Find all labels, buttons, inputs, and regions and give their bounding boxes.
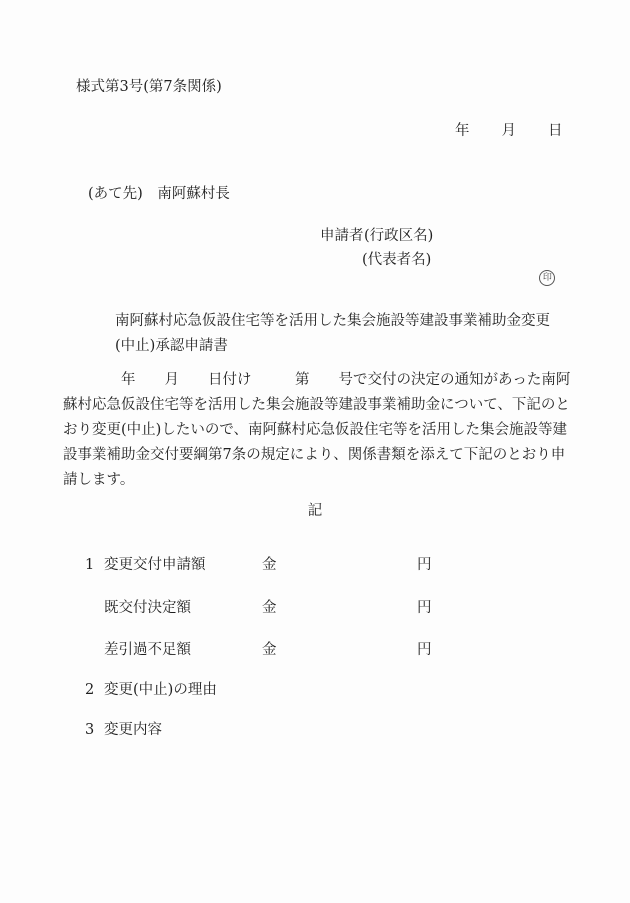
numbered-item-change-content: 3 変更内容 (0, 721, 630, 741)
body-paragraph-line: おり変更(中止)したいので、南阿蘇村応急仮設住宅等を活用した集会施設等建 (63, 421, 567, 440)
currency-prefix: 金 (262, 641, 277, 660)
seal-mark-icon: 印 (521, 248, 555, 305)
currency-suffix: 円 (417, 641, 432, 660)
date-blank-line: 年 月 日 (455, 122, 564, 141)
document-title-line-2: (中止)承認申請書 (115, 337, 228, 356)
money-row-already-granted-amount: 既交付決定額 金 円 (0, 599, 630, 619)
applicant-label: 申請者 (320, 227, 364, 246)
document-title-line-1: 南阿蘇村応急仮設住宅等を活用した集会施設等建設事業補助金変更 (115, 312, 550, 331)
body-paragraph-line: 請します。 (63, 471, 134, 490)
applicant-representative-field: (代表者名) (362, 251, 431, 270)
seal-character: 印 (539, 270, 555, 286)
body-paragraph-line: 年 月 日付け 第 号で交付の決定の通知があった南阿 (63, 371, 570, 390)
currency-prefix: 金 (262, 556, 277, 575)
section-marker-ki: 記 (0, 502, 630, 521)
currency-suffix: 円 (417, 599, 432, 618)
numbered-item-change-reason: 2 変更(中止)の理由 (0, 681, 630, 701)
item-label: 変更(中止)の理由 (104, 681, 217, 700)
body-paragraph-line: 蘇村応急仮設住宅等を活用した集会施設等建設事業補助金について、下記のと (63, 396, 570, 415)
document-page: 様式第3号(第7条関係) 年 月 日 (あて先) 南阿蘇村長 申請者 (行政区名… (0, 0, 630, 903)
currency-prefix: 金 (262, 599, 277, 618)
item-label: 既交付決定額 (104, 599, 191, 618)
currency-suffix: 円 (417, 556, 432, 575)
item-number: 1 (85, 556, 94, 575)
money-row-change-application-amount: 1 変更交付申請額 金 円 (0, 556, 630, 576)
money-row-balance-amount: 差引過不足額 金 円 (0, 641, 630, 661)
item-label: 変更交付申請額 (104, 556, 206, 575)
addressee-line: (あて先) 南阿蘇村長 (88, 185, 230, 204)
item-label: 変更内容 (104, 721, 162, 740)
applicant-org-name-field: (行政区名) (364, 227, 433, 246)
item-label: 差引過不足額 (104, 641, 191, 660)
body-paragraph-line: 設事業補助金交付要綱第7条の規定により、関係書類を添えて下記のとおり申 (63, 446, 565, 465)
form-number: 様式第3号(第7条関係) (76, 78, 222, 97)
item-number: 2 (85, 681, 94, 700)
item-number: 3 (85, 721, 94, 740)
